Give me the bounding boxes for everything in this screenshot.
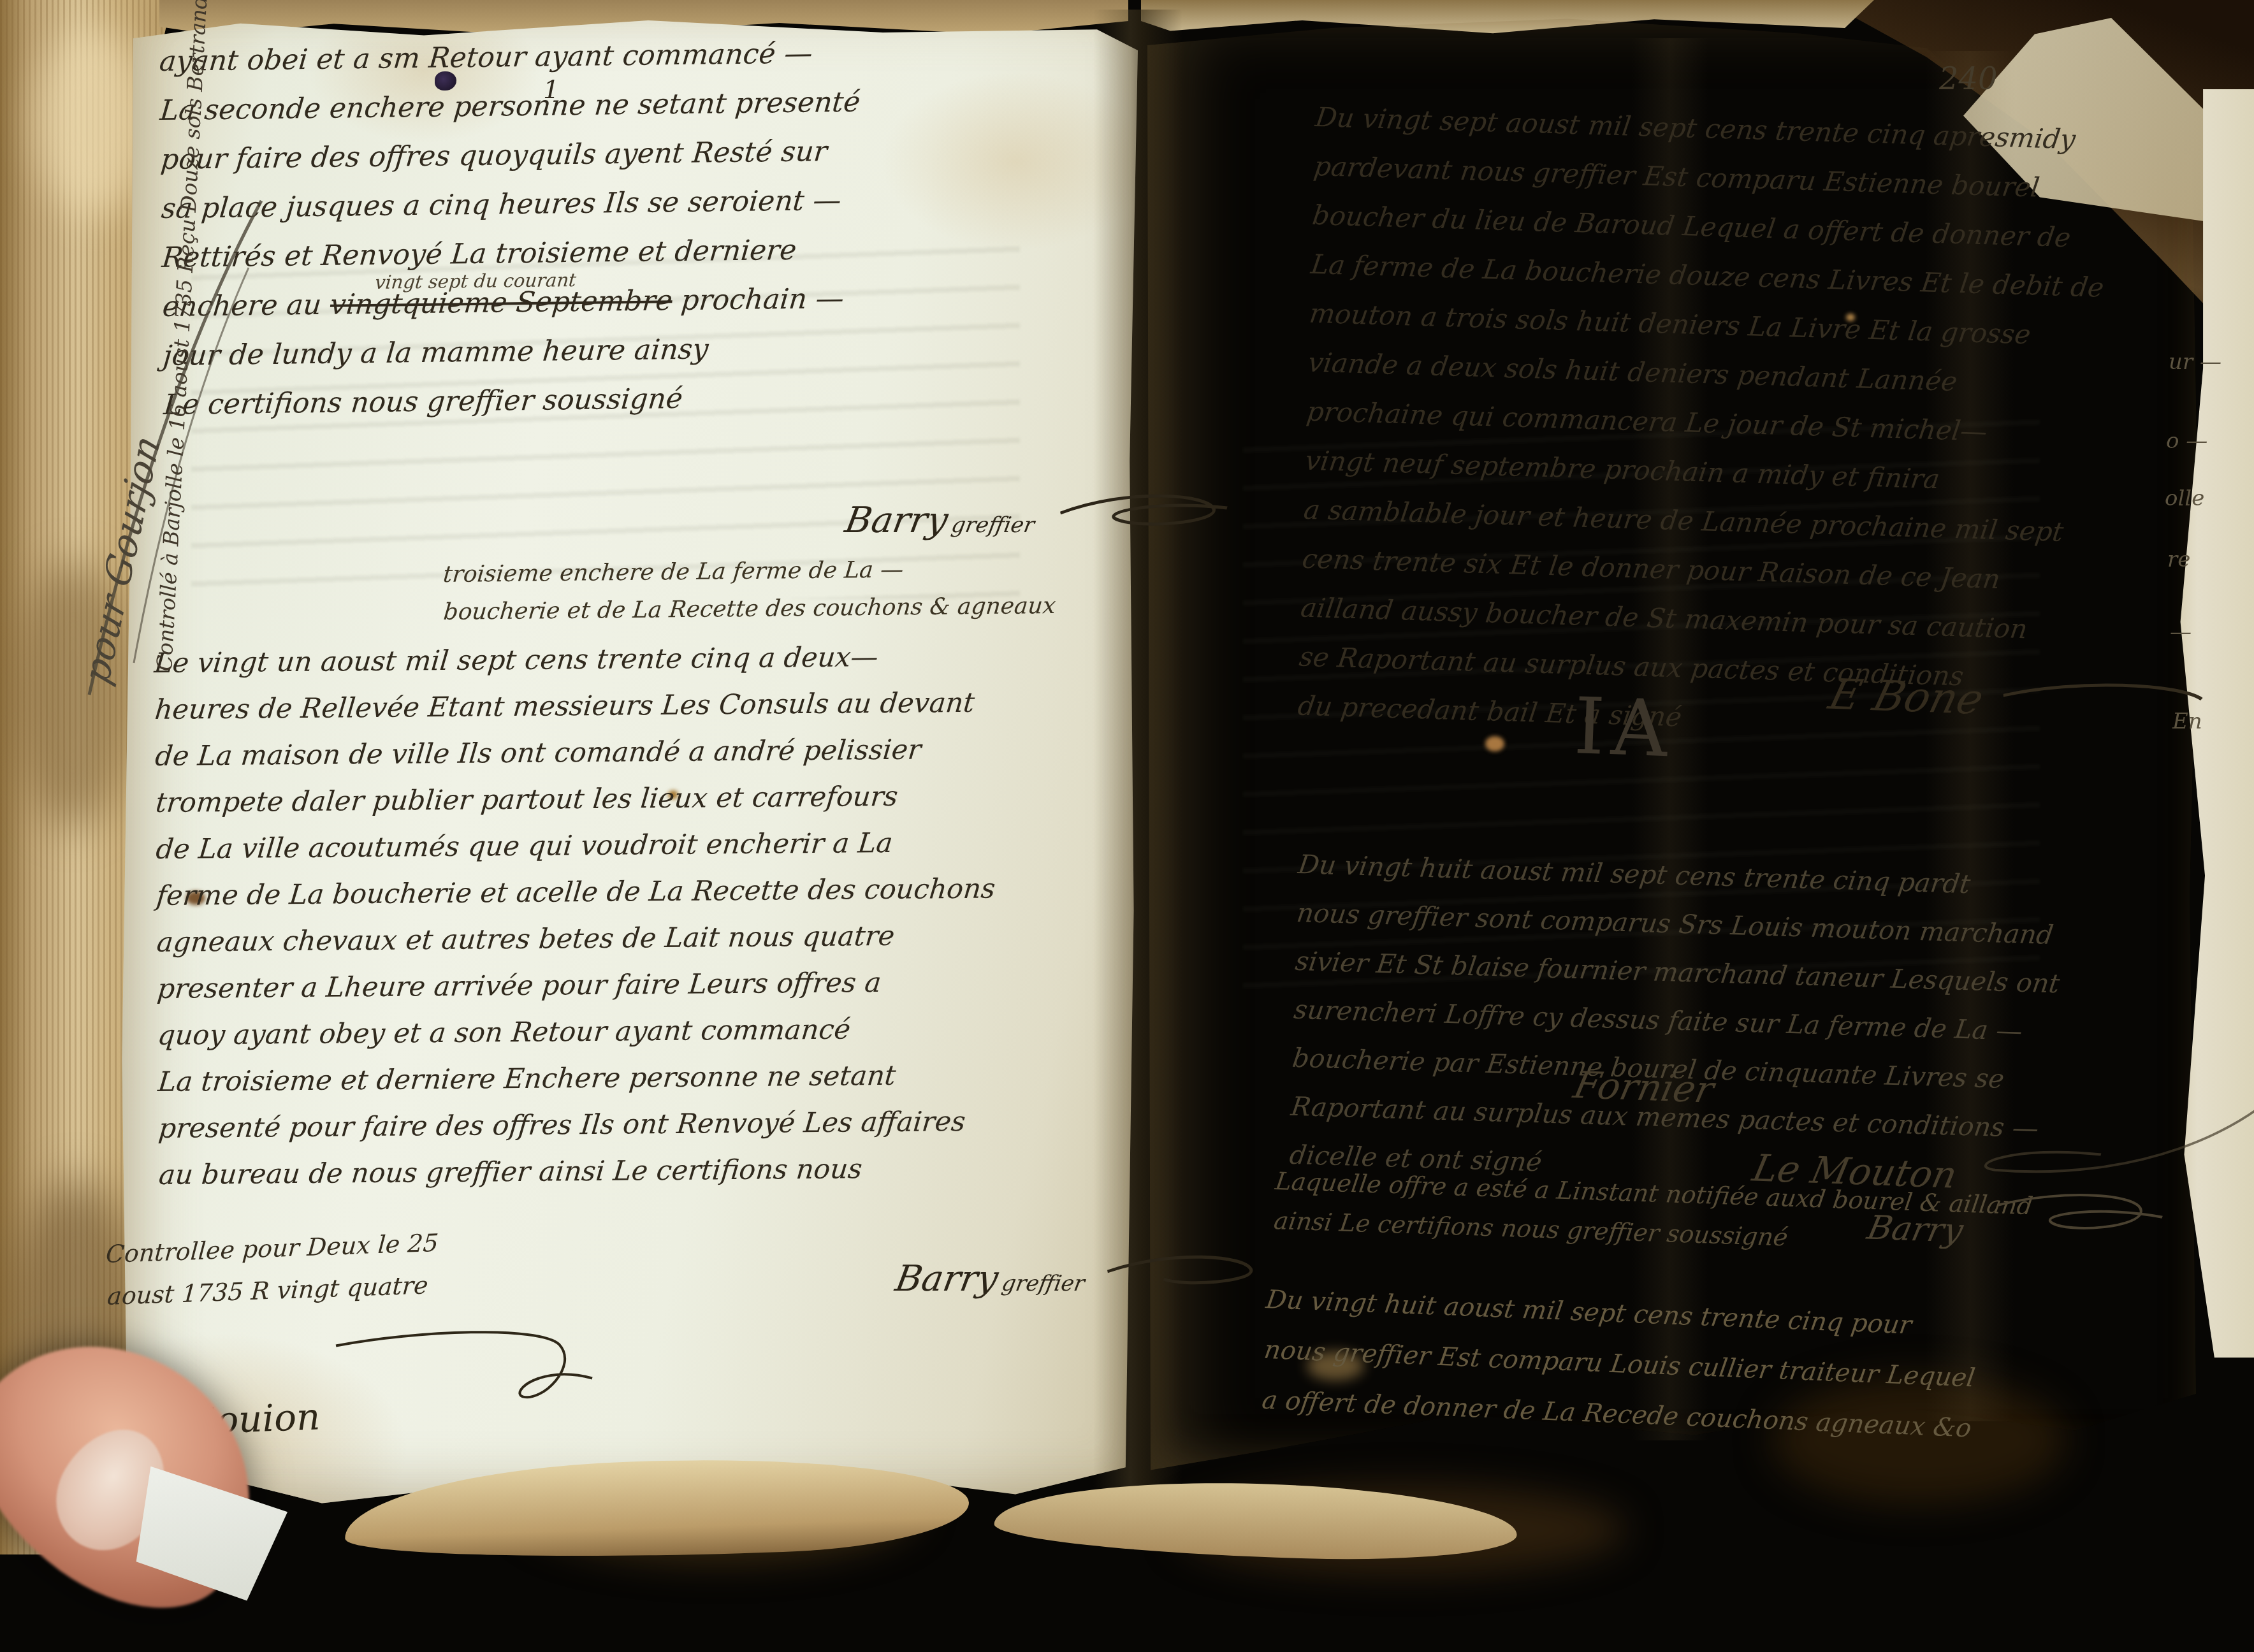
- manuscript-photo: 1 ayant obei et a sm Retour ayant comman…: [0, 0, 2254, 1554]
- signature-flourish: [329, 1317, 600, 1429]
- edge-fragment: re: [2167, 547, 2190, 572]
- edge-fragment: o —: [2166, 428, 2207, 454]
- manuscript-line: presenter a Lheure arrivée pour faire Le…: [155, 959, 998, 1013]
- signature-name: E Bone: [1824, 670, 1989, 724]
- signature-title: greffier: [1000, 1271, 1087, 1296]
- stack-highlight: [38, 25, 147, 217]
- manuscript-line: trompete daler publier partout les lieux…: [154, 772, 997, 827]
- manuscript-line: agneaux chevaux et autres betes de Lait …: [155, 912, 998, 966]
- controller-note: Controllee pour Deux le 25aoust 1735 R v…: [105, 1222, 440, 1317]
- edge-fragment: olle: [2165, 486, 2204, 511]
- manuscript-line: La seconde enchere personne ne setant pr…: [158, 78, 862, 136]
- edge-fragment: —: [2170, 619, 2192, 645]
- manuscript-line: au bureau de nous greffier ainsi Le cert…: [157, 1145, 1000, 1199]
- right-paragraph-3: Du vingt huit aoust mil sept cens trente…: [1261, 1275, 1977, 1454]
- signature-name: Barry: [892, 1258, 1001, 1300]
- page-number: 240: [1939, 61, 1998, 97]
- signature-barry: Barry: [1864, 1163, 2178, 1257]
- manuscript-line: ayant obei et a sm Retour ayant commancé…: [157, 29, 862, 87]
- manuscript-line: La troisieme et derniere Enchere personn…: [156, 1052, 1000, 1106]
- signature-flourish: [1971, 1166, 2178, 1249]
- left-paragraph-2: Le vingt un aoust mil sept cens trente c…: [154, 634, 998, 1199]
- interline-correction: vingt sept du courant: [373, 256, 579, 307]
- manuscript-line: presenté pour faire des offres Ils ont R…: [156, 1098, 1000, 1152]
- manuscript-line: quoy ayant obey et a son Retour ayant co…: [156, 1005, 999, 1059]
- entry-heading: troisieme enchere de La ferme de La —bou…: [443, 549, 1056, 631]
- manuscript-line: de La maison de ville Ils ont comandé a …: [153, 726, 996, 780]
- manuscript-line: troisieme enchere de La ferme de La —: [442, 549, 1058, 593]
- line-text: prochain —: [671, 282, 845, 317]
- manuscript-line: pour faire des offres quoyquils ayent Re…: [159, 127, 863, 185]
- margin-signature-flourish: [38, 191, 280, 714]
- signature-fornier: Fornier: [1570, 1063, 1718, 1111]
- signature-barry-greffier: Barrygreffier: [842, 475, 1246, 541]
- signature-name: Barry: [842, 500, 951, 541]
- manuscript-line: de La ville acoutumés que qui voudroit e…: [154, 819, 997, 873]
- manuscript-line: boucherie et de La Recette des couchons …: [442, 587, 1058, 631]
- signature-flourish: [1044, 475, 1246, 532]
- signature-flourish: [1094, 1240, 1282, 1291]
- edge-fragment: ur —: [2169, 349, 2221, 375]
- manuscript-line: ferme de La boucherie et acelle de La Re…: [154, 866, 998, 920]
- signature-name: Barry: [1864, 1209, 1967, 1250]
- right-paragraph-1: Du vingt sept aoust mil sept cens trente…: [1297, 92, 2109, 753]
- monogram-ia: IA: [1573, 681, 1675, 774]
- edge-fragment: En: [2172, 709, 2202, 734]
- signature-title: greffier: [949, 512, 1036, 538]
- signature-barry-greffier: Barrygreffier: [892, 1240, 1283, 1300]
- rust-stain: [1485, 736, 1504, 751]
